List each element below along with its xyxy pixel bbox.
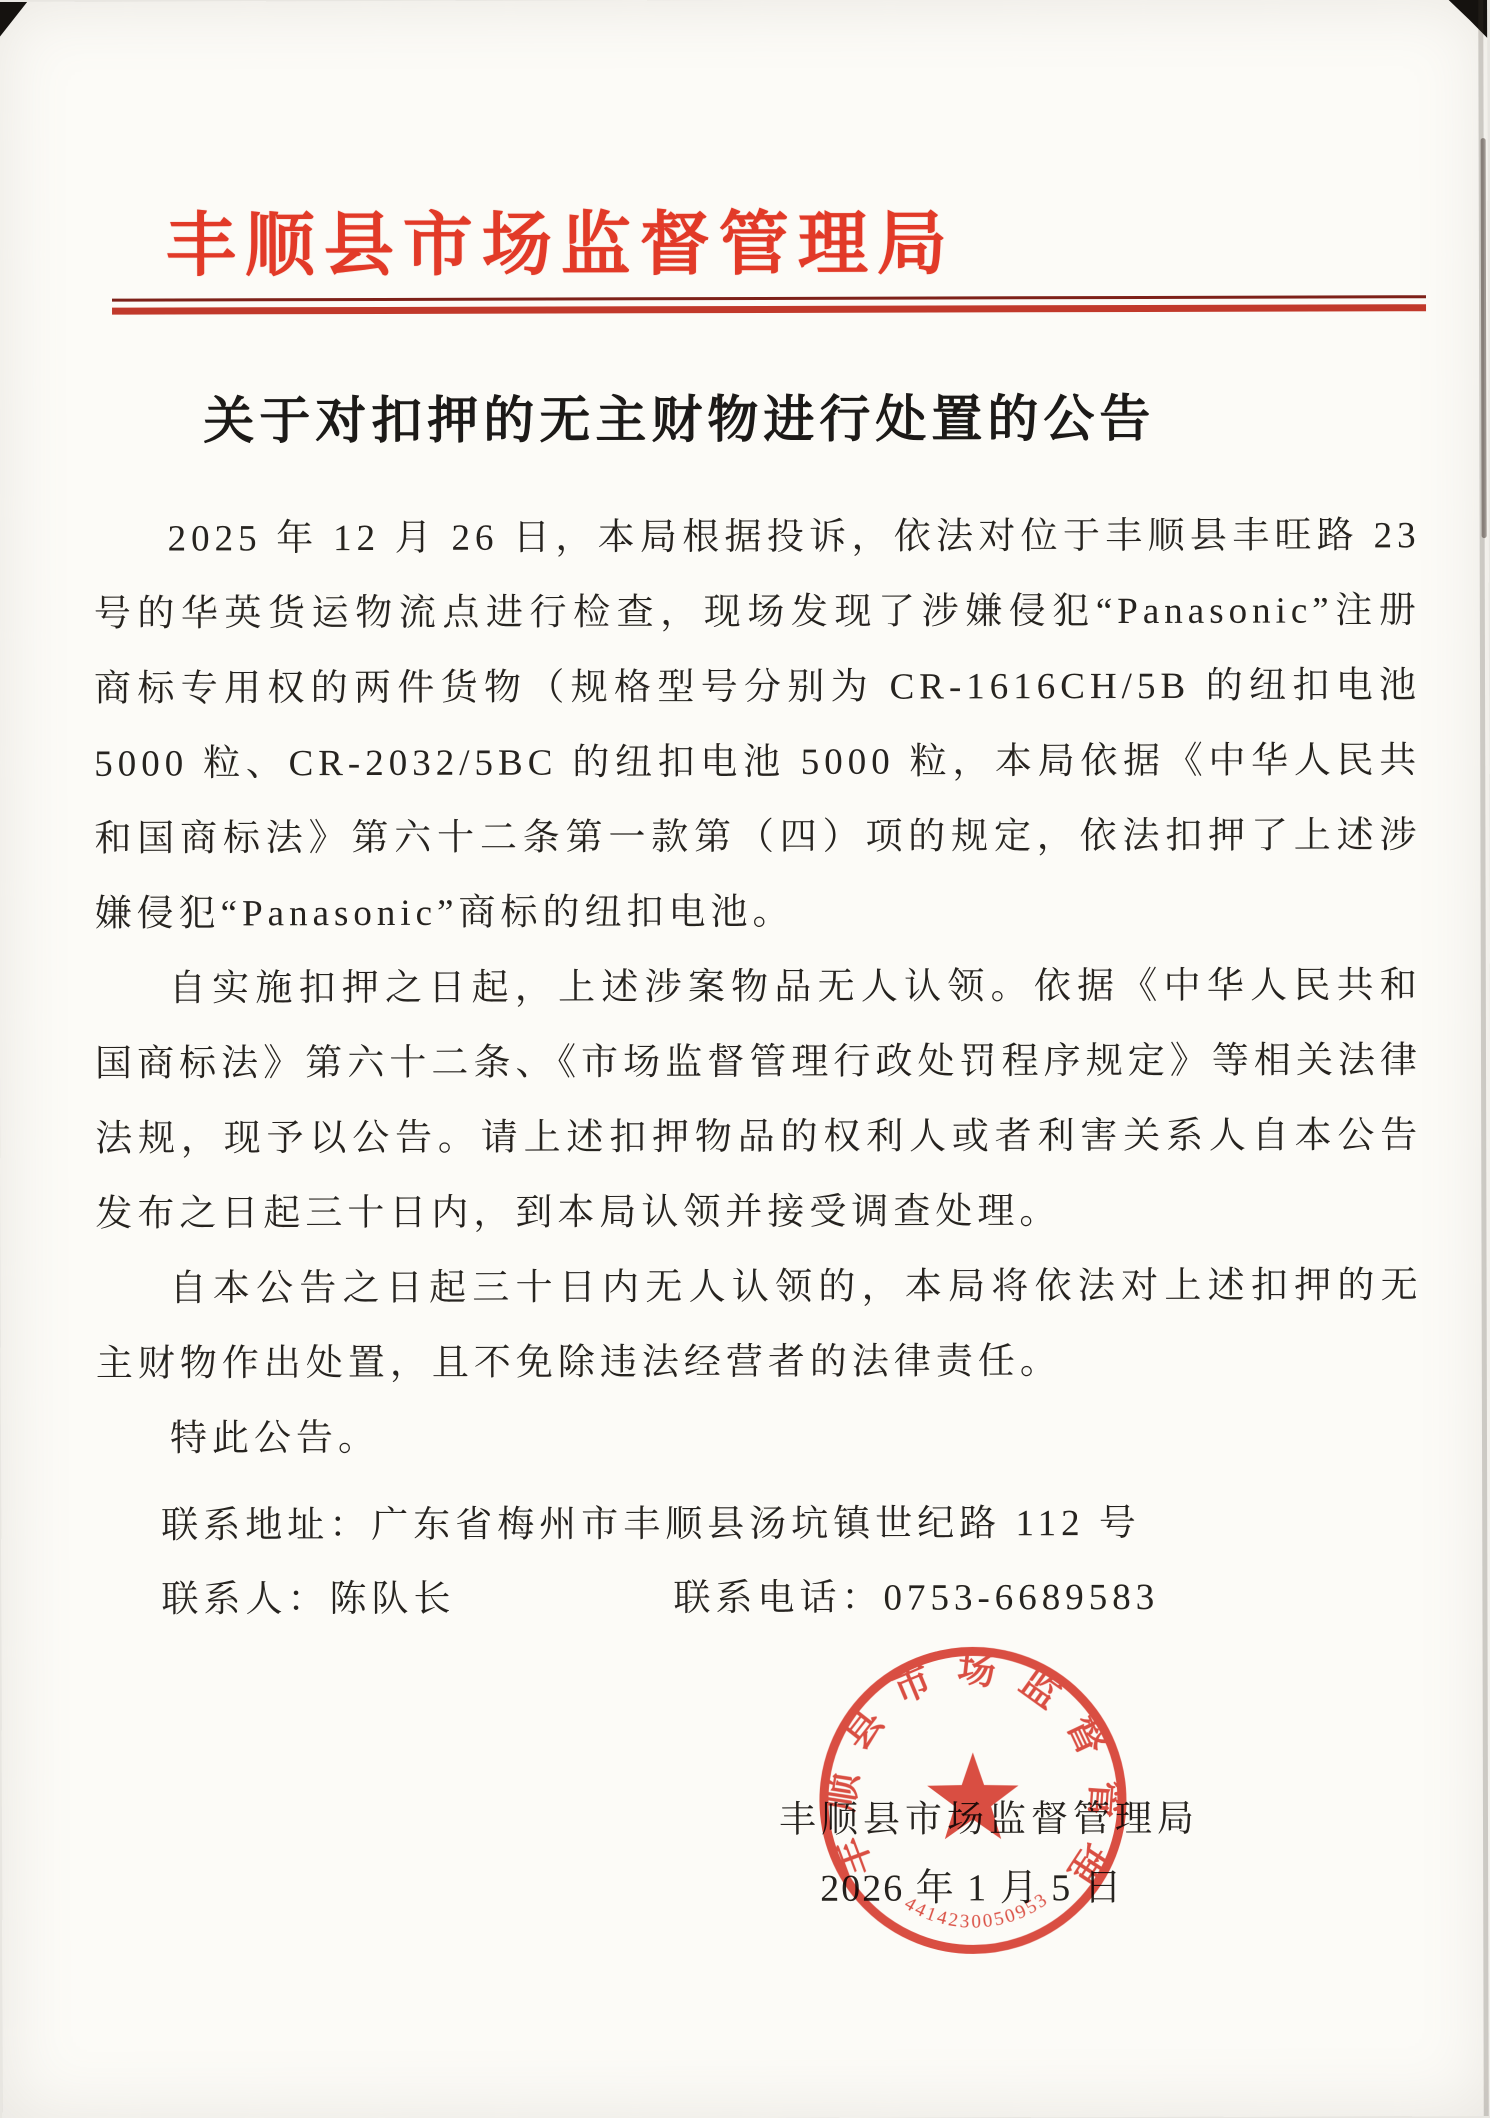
letterhead-rule-thick	[112, 304, 1426, 314]
official-seal: 丰顺县市场监督管理局 4414230050953	[813, 1640, 1134, 1961]
scan-artifact-right-edge-dark	[1481, 138, 1487, 538]
paragraph-1: 2025 年 12 月 26 日，本局根据投诉，依法对位于丰顺县丰旺路 23 号…	[94, 498, 1422, 951]
red-star-icon	[927, 1752, 1019, 1839]
letterhead-agency-name: 丰顺县市场监督管理局	[166, 187, 956, 290]
scan-artifact-top-left	[0, 2, 27, 40]
seal-code-text: 4414230050953	[901, 1888, 1053, 1932]
paragraph-3: 自本公告之日起三十日内无人认领的，本局将依法对上述扣押的无主财物作出处置，且不免…	[96, 1248, 1423, 1401]
contact-address: 联系地址：广东省梅州市丰顺县汤坑镇世纪路 112 号	[161, 1487, 1159, 1564]
closing-line: 特此公告。	[96, 1398, 1423, 1476]
contact-line: 联系人：陈队长联系电话：0753-6689583	[161, 1561, 1159, 1638]
notice-body: 2025 年 12 月 26 日，本局根据投诉，依法对位于丰顺县丰旺路 23 号…	[94, 498, 1424, 1476]
letterhead-rule-thin	[112, 295, 1426, 301]
notice-title: 关于对扣押的无主财物进行处置的公告	[203, 377, 1155, 453]
contact-phone: 联系电话：0753-6689583	[673, 1577, 1159, 1619]
scanned-document-page: 丰顺县市场监督管理局 关于对扣押的无主财物进行处置的公告 2025 年 12 月…	[0, 0, 1490, 2118]
contact-person: 联系人：陈队长	[161, 1562, 673, 1637]
contact-block: 联系地址：广东省梅州市丰顺县汤坑镇世纪路 112 号 联系人：陈队长联系电话：0…	[161, 1487, 1159, 1638]
paragraph-2: 自实施扣押之日起，上述涉案物品无人认领。依据《中华人民共和国商标法》第六十二条、…	[95, 948, 1423, 1251]
